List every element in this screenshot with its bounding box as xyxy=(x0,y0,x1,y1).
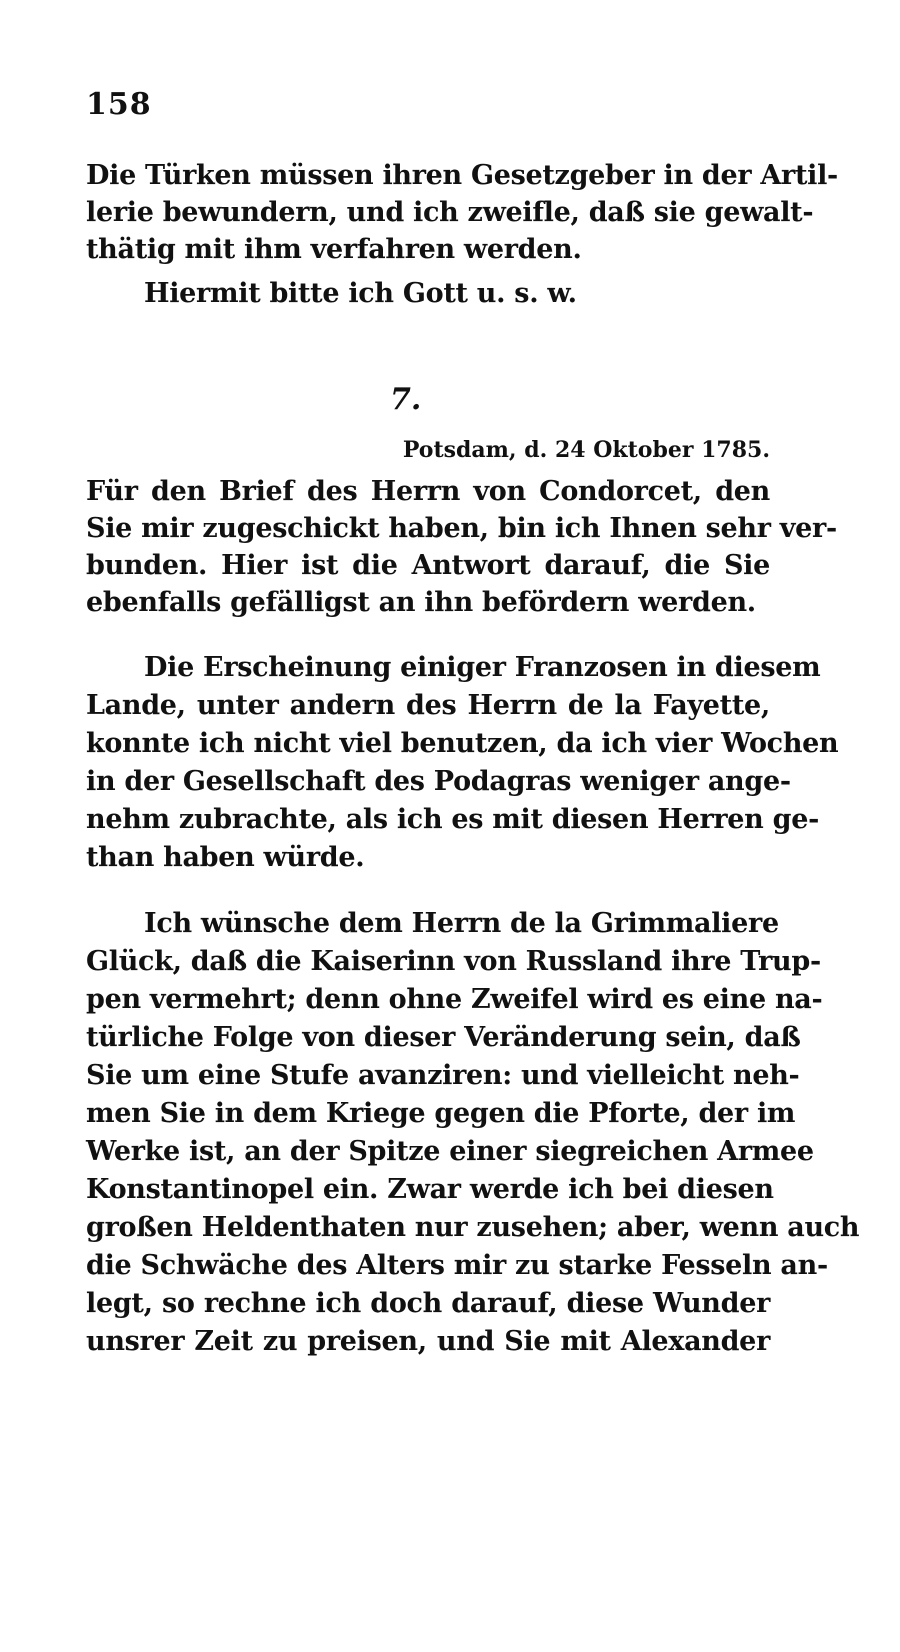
text-line: türliche Folge von dieser Veränderung se… xyxy=(86,1020,770,1056)
text-line: lerie bewundern, und ich zweifle, daß si… xyxy=(86,195,770,231)
text-line: men Sie in dem Kriege gegen die Pforte, … xyxy=(86,1096,770,1132)
text-line: thätig mit ihm verfahren werden. xyxy=(86,232,770,268)
text-line: Für den Brief des Herrn von Condorcet, d… xyxy=(86,474,770,510)
text-line: ebenfalls gefälligst an ihn befördern we… xyxy=(86,585,770,621)
text-line: die Schwäche des Alters mir zu starke Fe… xyxy=(86,1248,770,1284)
text-line: pen vermehrt; denn ohne Zweifel wird es … xyxy=(86,982,770,1018)
text-line: Sie um eine Stufe avanziren: und viellei… xyxy=(86,1058,770,1094)
text-line: konnte ich nicht viel benutzen, da ich v… xyxy=(86,726,770,762)
text-line: Glück, daß die Kaiserinn von Russland ih… xyxy=(86,944,770,980)
text-line: than haben würde. xyxy=(86,840,770,876)
text-line: unsrer Zeit zu preisen, und Sie mit Alex… xyxy=(86,1324,770,1360)
text-line: legt, so rechne ich doch darauf, diese W… xyxy=(86,1286,770,1322)
text-line: Sie mir zugeschickt haben, bin ich Ihnen… xyxy=(86,511,770,547)
text-line: Die Türken müssen ihren Gesetzgeber in d… xyxy=(86,158,770,194)
text-line: Konstantinopel ein. Zwar werde ich bei d… xyxy=(86,1172,770,1208)
text-line: bunden. Hier ist die Antwort darauf, die… xyxy=(86,548,770,584)
letter-closing: Hiermit bitte ich Gott u. s. w. xyxy=(144,276,770,312)
text-line: Lande, unter andern des Herrn de la Faye… xyxy=(86,688,770,724)
text-line: Werke ist, an der Spitze einer siegreich… xyxy=(86,1134,770,1170)
letter-dateline: Potsdam, d. 24 Oktober 1785. xyxy=(292,436,770,464)
book-page: 158 Die Türken müssen ihren Gesetzgeber … xyxy=(0,0,900,1652)
text-line: Ich wünsche dem Herrn de la Grimmaliere xyxy=(144,906,770,942)
letter-number: 7. xyxy=(390,383,421,417)
text-line: in der Gesellschaft des Podagras weniger… xyxy=(86,764,770,800)
text-line: Die Erscheinung einiger Franzosen in die… xyxy=(144,650,770,686)
text-line: nehm zubrachte, als ich es mit diesen He… xyxy=(86,802,770,838)
page-number: 158 xyxy=(86,88,152,122)
text-line: großen Heldenthaten nur zusehen; aber, w… xyxy=(86,1210,770,1246)
